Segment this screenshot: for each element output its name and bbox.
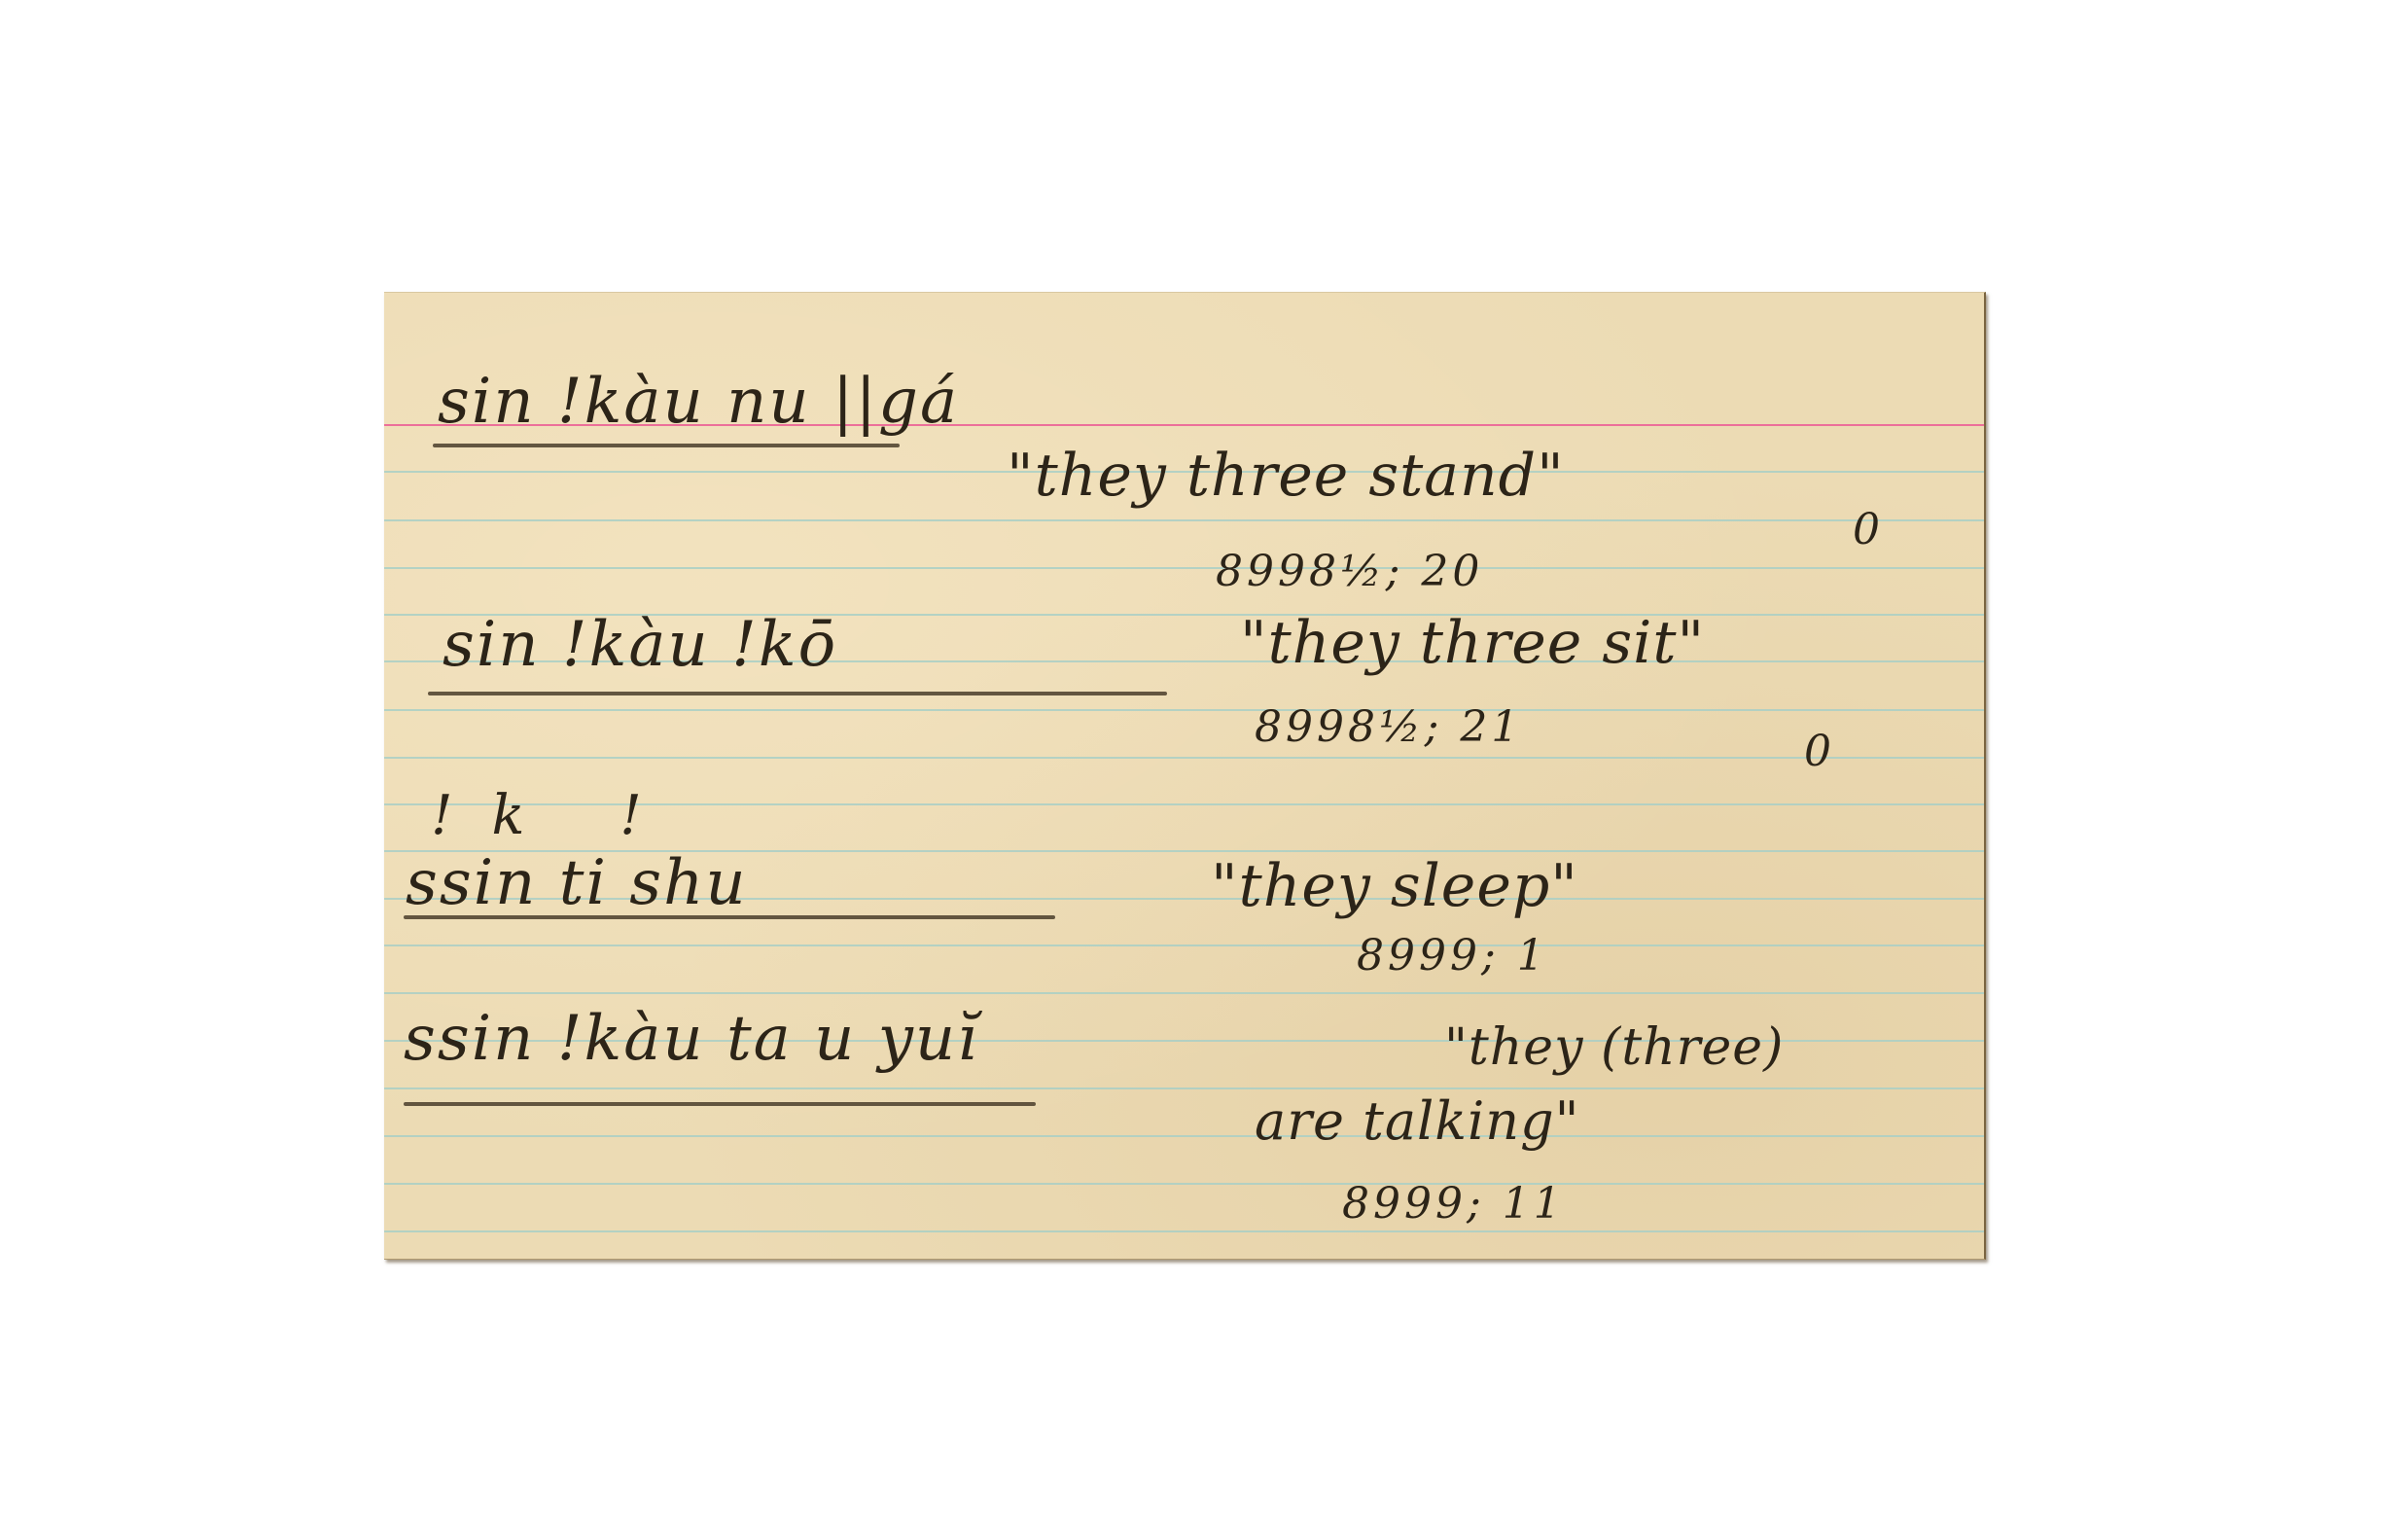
entry-4-term: ssin !kàu ta u yuĭ — [404, 1008, 979, 1070]
entry-2-underline — [428, 692, 1167, 695]
entry-4-gloss-line1: "they (three) — [1444, 1022, 1784, 1073]
entry-3-gloss: "they sleep" — [1211, 857, 1578, 915]
ruled-line — [384, 709, 1984, 711]
entry-2-gloss: "they three sit" — [1240, 614, 1705, 672]
entry-3-underline — [404, 915, 1055, 919]
ruled-line — [384, 757, 1984, 759]
entry-4-gloss-line2: are talking" — [1255, 1095, 1579, 1148]
entry-1-mark: 0 — [1853, 509, 1880, 552]
entry-2-term: sin !kàu !kō — [443, 614, 837, 676]
entry-1-term: sin !kàu nu ||gá — [438, 371, 959, 433]
entry-4-reference: 8999; 11 — [1342, 1183, 1565, 1226]
ruled-line — [384, 1183, 1984, 1185]
ruled-line — [384, 1135, 1984, 1137]
entry-3-term: ssin ti shu — [406, 852, 748, 914]
entry-4-underline — [404, 1102, 1036, 1106]
ruled-line — [384, 567, 1984, 569]
ruled-line — [384, 945, 1984, 946]
index-card: sin !kàu nu ||gá "they three stand" 0 89… — [384, 292, 1986, 1260]
entry-2-mark: 0 — [1804, 731, 1831, 773]
entry-1-reference: 8998½; 20 — [1216, 551, 1483, 593]
ruled-line — [384, 1230, 1984, 1232]
entry-3-annotation: !k ! — [431, 789, 681, 843]
ruled-line — [384, 992, 1984, 994]
entry-1-underline — [433, 444, 900, 447]
entry-2-reference: 8998½; 21 — [1255, 706, 1522, 749]
ruled-line — [384, 1087, 1984, 1089]
entry-1-gloss: "they three stand" — [1007, 446, 1565, 505]
entry-3-reference: 8999; 1 — [1357, 935, 1548, 978]
ruled-line — [384, 519, 1984, 521]
